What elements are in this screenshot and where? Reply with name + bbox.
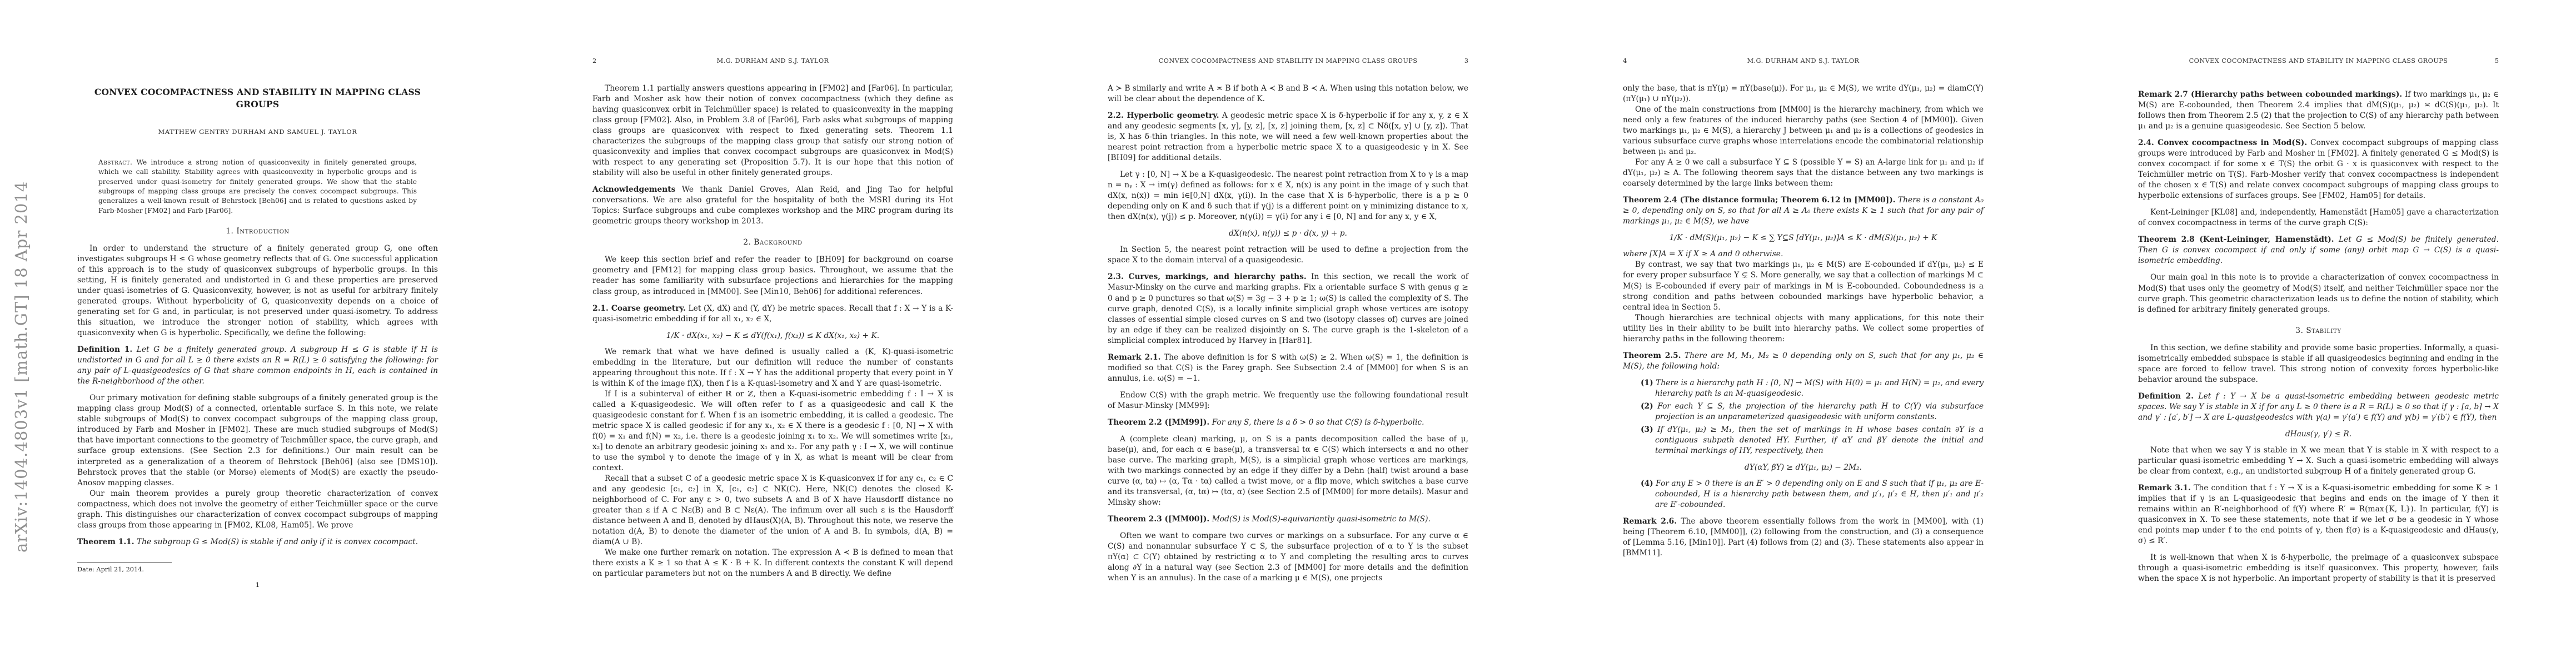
paragraph: A ≻ B similarly and write A ≍ B if both …	[1108, 83, 1468, 104]
page-1-body: CONVEX COCOMPACTNESS AND STABILITY IN MA…	[77, 86, 438, 589]
page-1: arXiv:1404.4803v1 [math.GT] 18 Apr 2014 …	[0, 0, 515, 667]
list-item: (1) There is a hierarchy path H : [0, N]…	[1623, 378, 1984, 399]
page-4: 4 M.G. DURHAM AND S.J. TAYLOR only the b…	[1546, 0, 2061, 667]
theorem-block: Theorem 2.2 ([MM99]). For any S, there i…	[1108, 417, 1468, 428]
page-number-right: 5	[2495, 57, 2499, 64]
paper-title: CONVEX COCOMPACTNESS AND STABILITY IN MA…	[77, 86, 438, 111]
block-text: The subgroup G ≤ Mod(S) is stable if and…	[137, 537, 418, 546]
block-label: (4)	[1641, 479, 1653, 488]
paragraph: It is well-known that when X is δ-hyperb…	[2138, 552, 2499, 584]
paragraph: For any A ≥ 0 we call a subsurface Y ⊆ S…	[1623, 157, 1984, 189]
paragraph: One of the main constructions from [MM00…	[1623, 104, 1984, 157]
paragraph: Recall that a subset C of a geodesic met…	[592, 474, 953, 547]
block-label: (2)	[1641, 402, 1653, 411]
paragraph: A (complete clean) marking, μ, on S is a…	[1108, 434, 1468, 508]
paragraph: Our primary motivation for defining stab…	[77, 393, 438, 488]
display-formula: 1/K · dM(S)(μ₁, μ₂) − K ≤ ∑ Y⊆S [dY(μ₁, …	[1623, 233, 1984, 242]
arxiv-watermark: arXiv:1404.4803v1 [math.GT] 18 Apr 2014	[9, 139, 33, 595]
remark-block: Remark 3.1. The condition that f : Y → X…	[2138, 483, 2499, 546]
paragraph: Theorem 1.1 partially answers questions …	[592, 83, 953, 178]
date-line: Date: April 21, 2014.	[77, 562, 438, 573]
block-label: Definition 1.	[77, 345, 132, 354]
block-label: Remark 2.6.	[1623, 517, 1677, 526]
paragraph: By contrast, we say that two markings μ₁…	[1623, 260, 1984, 312]
subsection-paragraph: 2.4. Convex cocompactness in Mod(S). Con…	[2138, 138, 2499, 201]
subsection-paragraph: 2.1. Coarse geometry. Let (X, dX) and (Y…	[592, 303, 953, 325]
block-text: For each Y ⊆ S, the projection of the hi…	[1655, 402, 1984, 421]
running-head-title: M.G. DURHAM AND S.J. TAYLOR	[1623, 57, 1984, 64]
section-heading: 2. Background	[592, 238, 953, 247]
display-formula: dY(αY, βY) ≥ dY(μ₁, μ₂) − 2M₂.	[1623, 463, 1984, 472]
running-head-title: CONVEX COCOMPACTNESS AND STABILITY IN MA…	[1108, 57, 1468, 64]
paragraph: Kent-Leininger [KL08] and, independently…	[2138, 207, 2499, 228]
block-label: Theorem 2.4 (The distance formula; Theor…	[1623, 196, 1896, 205]
page-5: CONVEX COCOMPACTNESS AND STABILITY IN MA…	[2061, 0, 2576, 667]
theorem-block: Theorem 2.5. There are M, M₁, M₂ ≥ 0 dep…	[1623, 351, 1984, 372]
subsection-paragraph: 2.2. Hyperbolic geometry. A geodesic met…	[1108, 111, 1468, 163]
list-item: (3) If dY(μ₁, μ₂) ≥ M₁, then the set of …	[1623, 425, 1984, 456]
paragraph: In Section 5, the nearest point retracti…	[1108, 245, 1468, 266]
block-label: Remark 3.1.	[2138, 484, 2191, 492]
display-formula: 1/K · dX(x₁, x₂) − K ≤ dY(f(x₁), f(x₂)) …	[592, 331, 953, 340]
page-number: 1	[77, 581, 438, 589]
subsection-paragraph: Acknowledgements We thank Daniel Groves,…	[592, 185, 953, 227]
display-formula: dHaus(γ, γ′) ≤ R.	[2138, 430, 2499, 439]
block-label: 2.4. Convex cocompactness in Mod(S).	[2138, 138, 2307, 147]
block-label: Abstract.	[98, 158, 132, 166]
block-label: Remark 2.7 (Hierarchy paths between cobo…	[2138, 90, 2402, 99]
block-label: (1)	[1641, 379, 1653, 387]
block-text: The condition that f : Y → X is a K-quas…	[2138, 484, 2499, 545]
block-text: The above theorem essentially follows fr…	[1623, 517, 1984, 558]
paragraph: We remark that what we have defined is u…	[592, 347, 953, 389]
block-label: Theorem 2.2 ([MM99]).	[1108, 418, 1209, 427]
remark-block: Remark 2.7 (Hierarchy paths between cobo…	[2138, 89, 2499, 132]
block-text: There is a hierarchy path H : [0, N] → M…	[1655, 379, 1984, 398]
block-label: Theorem 2.3 ([MM00]).	[1108, 515, 1209, 524]
block-label: (3)	[1641, 425, 1653, 434]
page-4-body: only the base, that is πY(μ) = πY(base(μ…	[1623, 83, 1984, 565]
page-2-body: Theorem 1.1 partially answers questions …	[592, 83, 953, 579]
block-label: Acknowledgements	[592, 185, 675, 194]
block-text: The above definition is for S with ω(S) …	[1108, 353, 1468, 383]
block-text: In this section, we recall the work of M…	[1108, 272, 1468, 345]
section-heading: 3. Stability	[2138, 326, 2499, 335]
block-label: Theorem 2.5.	[1623, 351, 1681, 360]
running-head: CONVEX COCOMPACTNESS AND STABILITY IN MA…	[1108, 57, 1468, 66]
page-3-body: A ≻ B similarly and write A ≍ B if both …	[1108, 83, 1468, 584]
remark-block: Remark 2.1. The above definition is for …	[1108, 352, 1468, 384]
paragraph: Endow C(S) with the graph metric. We fre…	[1108, 390, 1468, 411]
block-label: 2.3. Curves, markings, and hierarchy pat…	[1108, 272, 1307, 281]
block-label: Definition 2.	[2138, 392, 2194, 401]
remark-block: Remark 2.6. The above theorem essentiall…	[1623, 516, 1984, 559]
paragraph: Our main theorem provides a purely group…	[77, 489, 438, 531]
theorem-block: Theorem 2.3 ([MM00]). Mod(S) is Mod(S)-e…	[1108, 514, 1468, 525]
paragraph: Though hierarchies are technical objects…	[1623, 313, 1984, 345]
theorem-block: Theorem 2.4 (The distance formula; Theor…	[1623, 195, 1984, 227]
paragraph: only the base, that is πY(μ) = πY(base(μ…	[1623, 83, 1984, 104]
block-label: Remark 2.1.	[1108, 353, 1160, 362]
list-item: (4) For any E > 0 there is an E′ > 0 dep…	[1623, 479, 1984, 510]
theorem-block: Definition 1. Let G be a finitely genera…	[77, 345, 438, 387]
paragraph: Often we want to compare two curves or m…	[1108, 531, 1468, 584]
page-number-right: 3	[1464, 57, 1468, 64]
paragraph: We make one further remark on notation. …	[592, 547, 953, 579]
paragraph: In order to understand the structure of …	[77, 243, 438, 339]
theorem-block: Definition 2. Let f : Y → X be a quasi-i…	[2138, 391, 2499, 423]
paper-strip: arXiv:1404.4803v1 [math.GT] 18 Apr 2014 …	[0, 0, 2576, 667]
theorem-block: Theorem 2.8 (Kent-Leininger, Hamenstädt)…	[2138, 235, 2499, 266]
running-head: 4 M.G. DURHAM AND S.J. TAYLOR	[1623, 57, 1984, 66]
running-head: 2 M.G. DURHAM AND S.J. TAYLOR	[592, 57, 953, 66]
block-label: Theorem 1.1.	[77, 537, 134, 546]
running-head-title: CONVEX COCOMPACTNESS AND STABILITY IN MA…	[2138, 57, 2499, 64]
block-text: For any S, there is a δ > 0 so that C(S)…	[1212, 418, 1424, 427]
paragraph: Our main goal in this note is to provide…	[2138, 272, 2499, 315]
paragraph: In this section, we define stability and…	[2138, 343, 2499, 385]
theorem-block: Theorem 1.1. The subgroup G ≤ Mod(S) is …	[77, 537, 438, 547]
paragraph: If I is a subinterval of either ℝ or ℤ, …	[592, 389, 953, 474]
block-text: Mod(S) is Mod(S)-equivariantly quasi-iso…	[1212, 515, 1431, 524]
paragraph: We keep this section brief and refer the…	[592, 255, 953, 297]
block-label: 2.2. Hyperbolic geometry.	[1108, 111, 1219, 120]
block-text: We introduce a strong notion of quasicon…	[98, 158, 417, 215]
paragraph: Note that when we say Y is stable in X w…	[2138, 445, 2499, 477]
page-5-body: Remark 2.7 (Hierarchy paths between cobo…	[2138, 83, 2499, 584]
subsection-paragraph: 2.3. Curves, markings, and hierarchy pat…	[1108, 272, 1468, 346]
paragraph: where [X]A = X if X ≥ A and 0 otherwise.	[1623, 249, 1984, 260]
running-head-title: M.G. DURHAM AND S.J. TAYLOR	[592, 57, 953, 64]
page-2: 2 M.G. DURHAM AND S.J. TAYLOR Theorem 1.…	[515, 0, 1030, 667]
paragraph: Let γ : [0, N] → X be a K-quasigeodesic.…	[1108, 170, 1468, 222]
block-text: For any E > 0 there is an E′ > 0 dependi…	[1655, 479, 1984, 509]
list-item: (2) For each Y ⊆ S, the projection of th…	[1623, 401, 1984, 422]
block-label: Theorem 2.8 (Kent-Leininger, Hamenstädt)…	[2138, 235, 2334, 244]
paper-authors: MATTHEW GENTRY DURHAM AND SAMUEL J. TAYL…	[77, 128, 438, 136]
running-head: CONVEX COCOMPACTNESS AND STABILITY IN MA…	[2138, 57, 2499, 66]
section-heading: 1. Introduction	[77, 227, 438, 236]
abstract: Abstract. We introduce a strong notion o…	[98, 158, 417, 216]
page-3: CONVEX COCOMPACTNESS AND STABILITY IN MA…	[1030, 0, 1546, 667]
block-label: 2.1. Coarse geometry.	[592, 304, 686, 313]
display-formula: dX(n(x), n(y)) ≤ p · d(x, y) + p.	[1108, 229, 1468, 238]
block-text: Convex cocompact subgroups of mapping cl…	[2138, 138, 2499, 200]
block-text: If dY(μ₁, μ₂) ≥ M₁, then the set of mark…	[1655, 425, 1984, 455]
